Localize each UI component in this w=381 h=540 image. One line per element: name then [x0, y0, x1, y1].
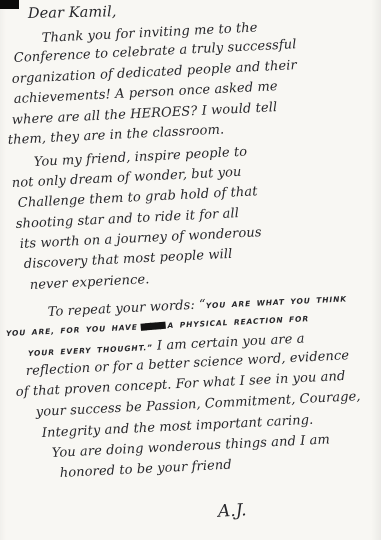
quote-caps-text: A PHYSICAL REACTION FOR — [167, 315, 309, 331]
scribbled-out-word: █████ — [140, 318, 165, 335]
paragraph-1: Thank you for inviting me to the Confere… — [6, 29, 381, 151]
letter-page: Dear Kamil, Thank you for inviting me to… — [0, 0, 381, 540]
paragraph-2: You my friend, inspire people to not onl… — [6, 153, 381, 296]
quote-caps-text: YOU ARE, FOR YOU HAVE — [6, 323, 138, 338]
handwritten-letter: Dear Kamil, Thank you for inviting me to… — [6, 5, 381, 521]
signature-row: A.J. — [6, 501, 381, 521]
signature: A.J. — [217, 500, 247, 521]
paragraph-3: To repeat your words: “YOU ARE WHAT YOU … — [6, 303, 381, 485]
